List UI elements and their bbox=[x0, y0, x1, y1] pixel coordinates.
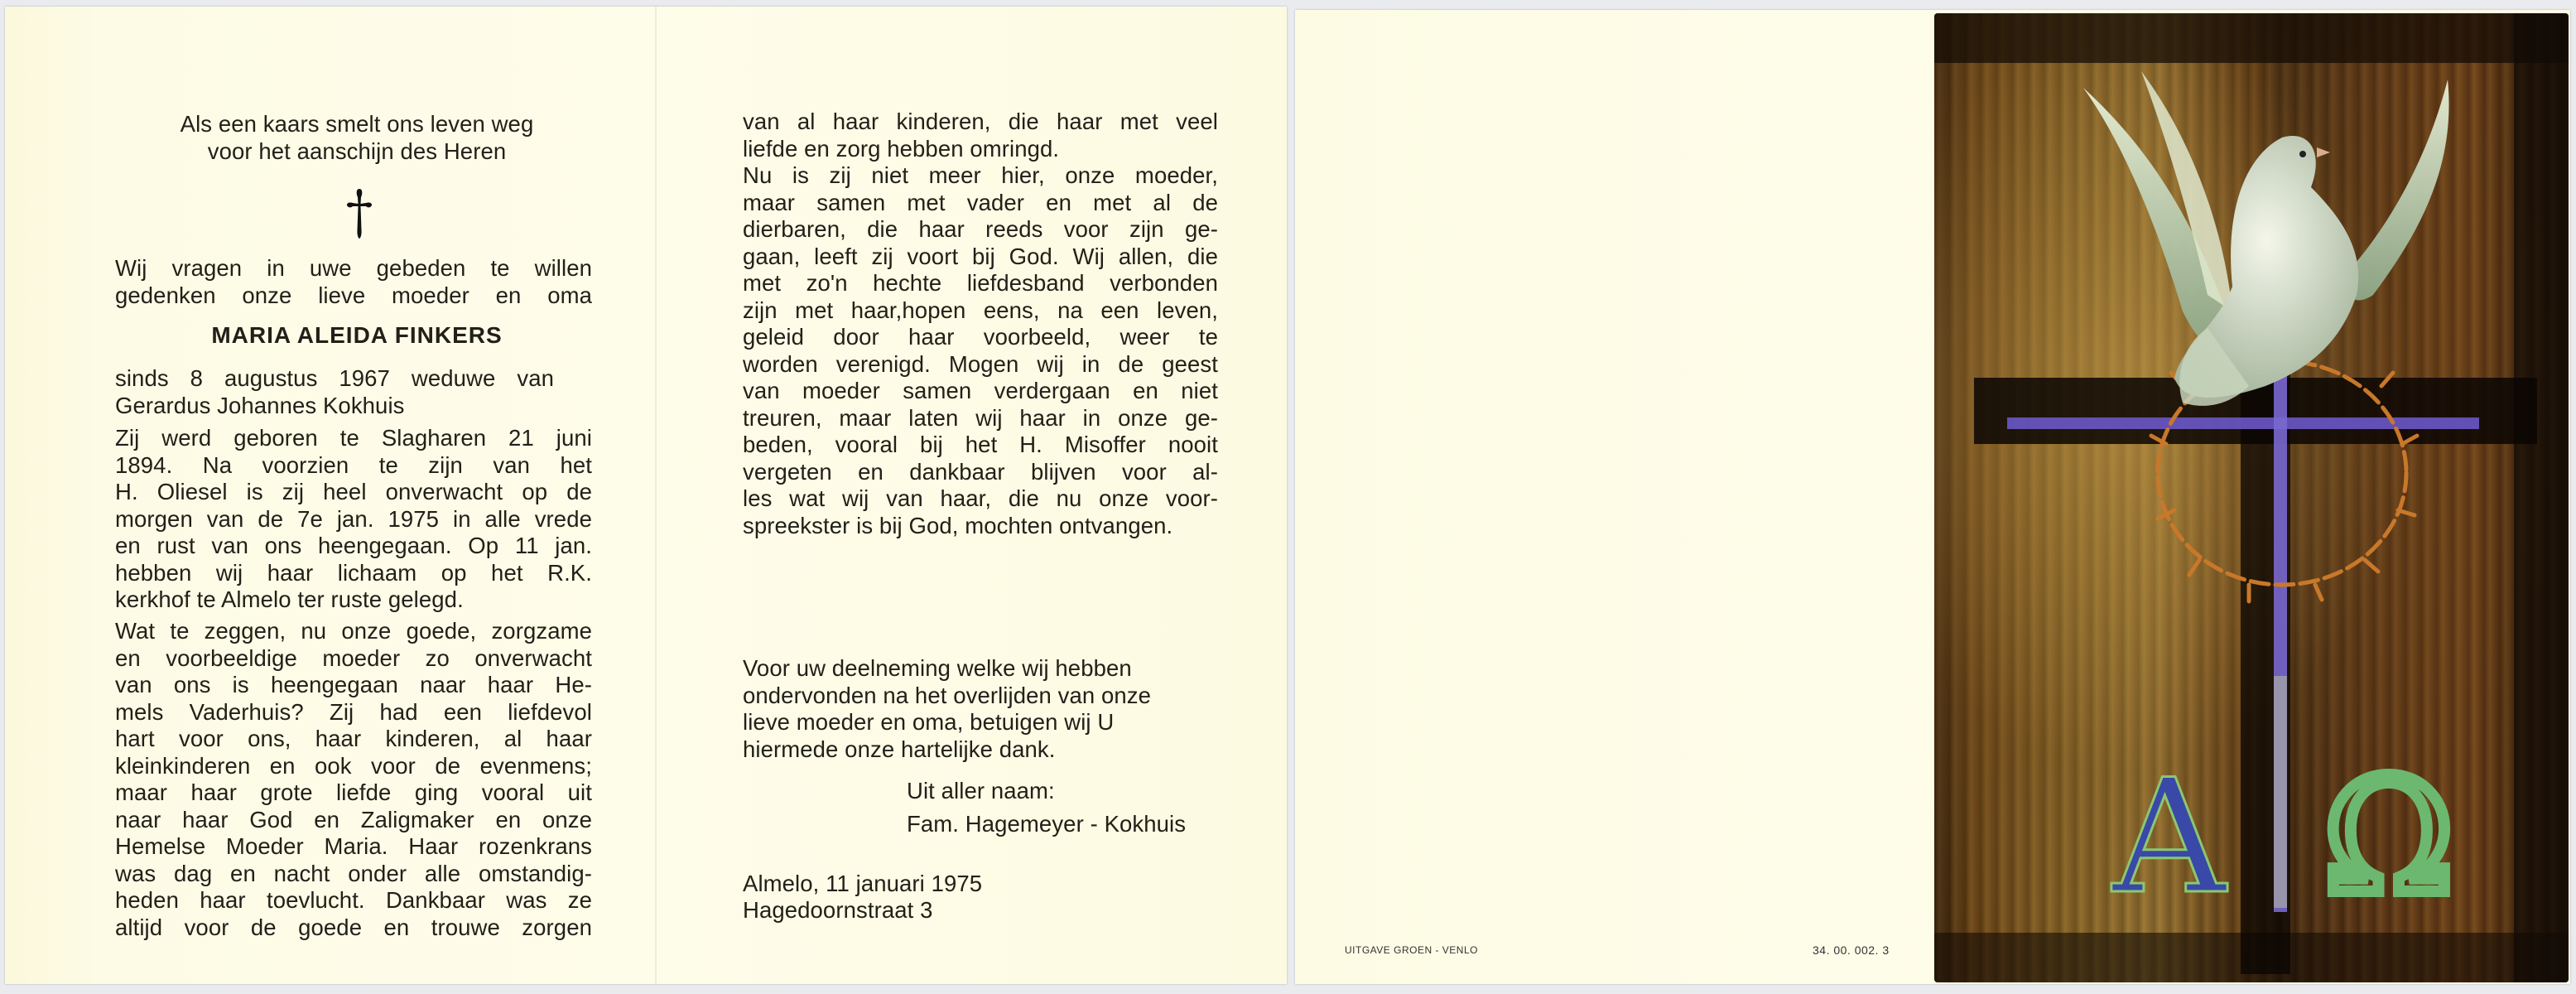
continuation-line: vergeten en dankbaar blijven voor al- bbox=[743, 459, 1218, 486]
biography-line: en rust van ons heengegaan. Op 11 jan. bbox=[115, 533, 592, 560]
continuation-line: dierbaren, die haar reeds voor zijn ge- bbox=[743, 216, 1218, 244]
omega-icon: Ω bbox=[2323, 745, 2454, 929]
continuation: van al haar kinderen, die haar met veel … bbox=[743, 109, 1218, 539]
catalog-number: 34. 00. 002. 3 bbox=[1813, 943, 1890, 957]
biography-line: morgen van de 7e jan. 1975 in alle vrede bbox=[115, 506, 592, 533]
alpha-icon: Α bbox=[2111, 745, 2228, 929]
continuation-line: zijn met haar,hopen eens, na een leven, bbox=[743, 297, 1218, 325]
thanks-line: hiermede onze hartelijke dank. bbox=[743, 736, 1218, 764]
continuation-line: geleid door haar voorbeeld, weer te bbox=[743, 324, 1218, 351]
continuation-line: spreekster is bij God, mochten ontvangen… bbox=[743, 513, 1218, 540]
biography: Zij werd geboren te Slagharen 21 juni 18… bbox=[115, 425, 592, 614]
back-page: UITGAVE GROEN - VENLO 34. 00. 002. 3 bbox=[1295, 10, 1933, 984]
continuation-line: met zo'n hechte liefdesband verbonden bbox=[743, 270, 1218, 297]
tribute-line: kleinkinderen en ook voor de evenmens; bbox=[115, 753, 592, 780]
memorial-card-outside: UITGAVE GROEN - VENLO 34. 00. 002. 3 bbox=[1295, 10, 2570, 984]
tribute-line: van ons is heengegaan naar haar He- bbox=[115, 672, 592, 699]
motto-line: voor het aanschijn des Heren bbox=[88, 138, 626, 166]
biography-line: Zij werd geboren te Slagharen 21 juni bbox=[115, 425, 592, 452]
biography-line: kerkhof te Almelo ter ruste gelegd. bbox=[115, 586, 592, 614]
cross-icon bbox=[344, 187, 374, 240]
biography-line: H. Oliesel is zij heel onverwacht op de bbox=[115, 479, 592, 506]
page-2: van al haar kinderen, die haar met veel … bbox=[657, 7, 1287, 984]
continuation-line: van al haar kinderen, die haar met veel bbox=[743, 109, 1218, 136]
page-1: Als een kaars smelt ons leven weg voor h… bbox=[5, 7, 655, 984]
tribute-line: maar haar grote liefde ging vooral uit bbox=[115, 779, 592, 807]
continuation-line: treuren, maar laten wij haar in onze ge- bbox=[743, 405, 1218, 432]
continuation-line: maar samen met vader en met al de bbox=[743, 190, 1218, 217]
biography-line: 1894. Na voorzien te zijn van het bbox=[115, 452, 592, 480]
publisher-imprint: UITGAVE GROEN - VENLO bbox=[1345, 944, 1478, 956]
tribute-line: mels Vaderhuis? Zij had een liefdevol bbox=[115, 699, 592, 726]
tribute-line: Hemelse Moeder Maria. Haar rozenkrans bbox=[115, 833, 592, 861]
tribute-line: heden haar toevlucht. Dankbaar was ze bbox=[115, 887, 592, 914]
tribute: Wat te zeggen, nu onze goede, zorgzame e… bbox=[115, 618, 592, 941]
continuation-line: van moeder samen verdergaan en niet bbox=[743, 378, 1218, 405]
thanks: Voor uw deelneming welke wij hebben onde… bbox=[743, 655, 1218, 763]
continuation-line: liefde en zorg hebben omringd. bbox=[743, 136, 1218, 163]
motto-line: Als een kaars smelt ons leven weg bbox=[88, 111, 626, 138]
cross-beam bbox=[2007, 417, 2479, 429]
tribute-line: naar haar God en Zaligmaker en onze bbox=[115, 807, 592, 834]
place-date: Almelo, 11 januari 1975 bbox=[743, 871, 982, 898]
deceased-name: MARIA ALEIDA FINKERS bbox=[88, 322, 626, 350]
tribute-line: hart voor ons, haar kinderen, al haar bbox=[115, 726, 592, 753]
thanks-line: Voor uw deelneming welke wij hebben bbox=[743, 655, 1218, 683]
tribute-line: en voorbeeldige moeder zo onverwacht bbox=[115, 645, 592, 673]
continuation-line: Nu is zij niet meer hier, onze moeder, bbox=[743, 162, 1218, 190]
continuation-line: gaan, leeft zij voort bij God. Wij allen… bbox=[743, 244, 1218, 271]
widow-info: sinds 8 augustus 1967 weduwe van Gerardu… bbox=[115, 365, 554, 419]
biography-line: hebben wij haar lichaam op het R.K. bbox=[115, 560, 592, 587]
continuation-line: worden verenigd. Mogen wij in de geest bbox=[743, 351, 1218, 379]
motto: Als een kaars smelt ons leven weg voor h… bbox=[88, 111, 626, 165]
widow-line: sinds 8 augustus 1967 weduwe van bbox=[115, 365, 554, 393]
thanks-line: lieve moeder en oma, betuigen wij U bbox=[743, 709, 1218, 736]
dove-icon bbox=[2083, 71, 2449, 406]
dove-cross-illustration: Α Ω bbox=[1934, 13, 2569, 982]
address: Hagedoornstraat 3 bbox=[743, 897, 933, 924]
request-line: gedenken onze lieve moeder en oma bbox=[115, 282, 592, 310]
tribute-line: was dag en nacht onder alle omstandig- bbox=[115, 861, 592, 888]
signature-name: Fam. Hagemeyer - Kokhuis bbox=[907, 811, 1186, 838]
signature-label: Uit aller naam: bbox=[907, 778, 1055, 805]
thanks-line: ondervonden na het overlijden van onze bbox=[743, 683, 1218, 710]
continuation-line: les wat wij van haar, die nu onze voor- bbox=[743, 485, 1218, 513]
request: Wij vragen in uwe gebeden te willen gede… bbox=[115, 255, 592, 309]
widow-line: Gerardus Johannes Kokhuis bbox=[115, 393, 554, 420]
cover-painting: Α Ω bbox=[1934, 13, 2569, 982]
memorial-card-inside: Als een kaars smelt ons leven weg voor h… bbox=[5, 7, 1287, 984]
tribute-line: Wat te zeggen, nu onze goede, zorgzame bbox=[115, 618, 592, 645]
request-line: Wij vragen in uwe gebeden te willen bbox=[115, 255, 592, 282]
continuation-line: beden, vooral bij het H. Misoffer nooit bbox=[743, 432, 1218, 459]
tribute-line: altijd voor de goede en trouwe zorgen bbox=[115, 914, 592, 942]
